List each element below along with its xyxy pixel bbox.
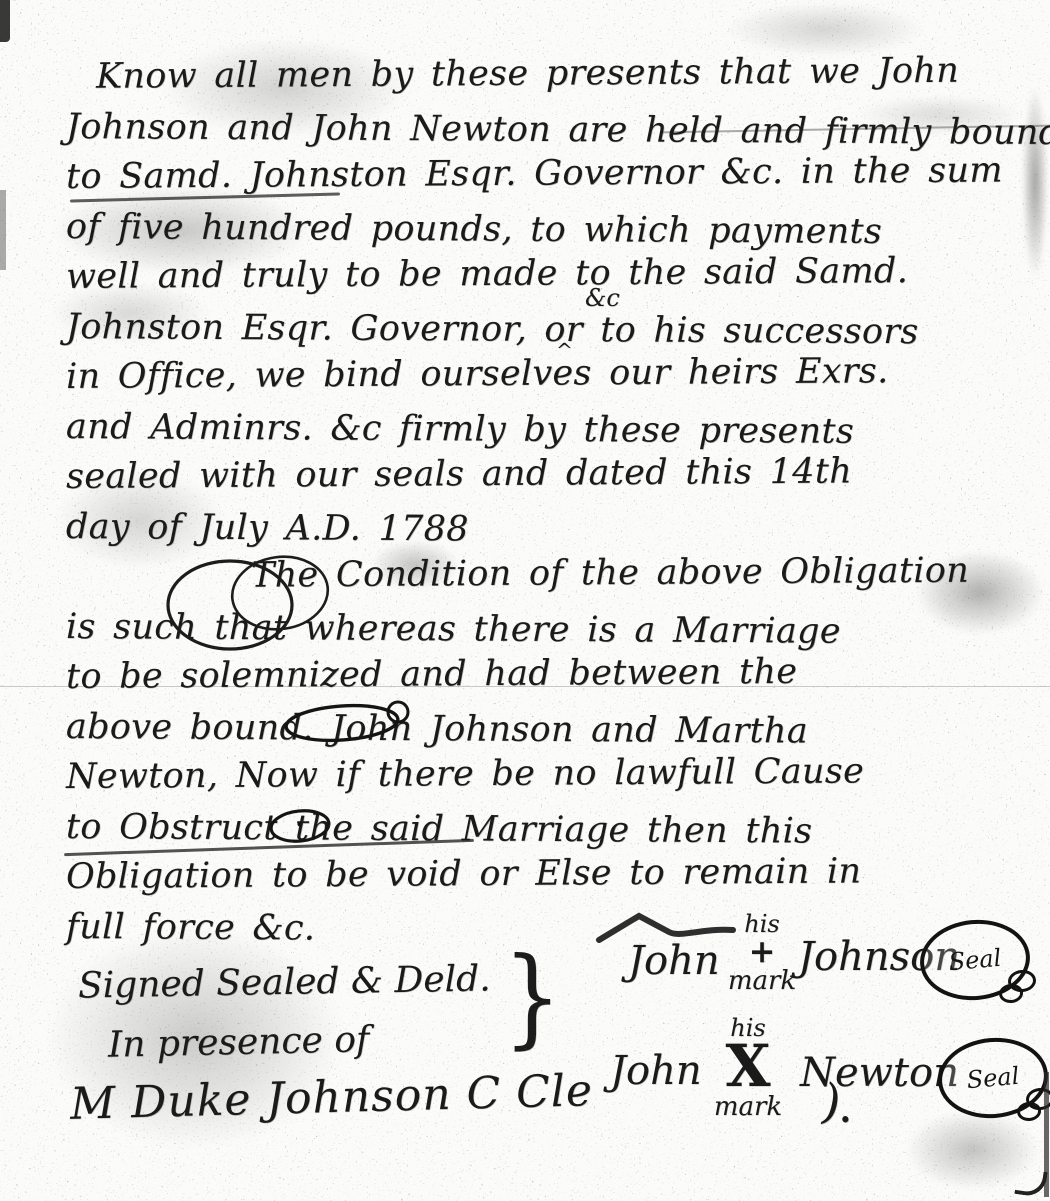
x-mark: X: [708, 1040, 788, 1092]
signature-1-first-name: John: [628, 938, 720, 984]
bond-line: well and truly to be made to the said Sa…: [66, 245, 1016, 302]
attestation-signed-sealed: Signed Sealed & Deld.: [78, 958, 491, 1006]
seal-text: Seal: [948, 944, 1003, 976]
seal-newton: Seal: [935, 1033, 1050, 1122]
interlineation-etc: &c: [585, 284, 620, 312]
mark-label: mark: [722, 966, 802, 996]
condition-line: Obligation to be void or Else to remain …: [66, 845, 1016, 902]
signature-2-first-name: John: [610, 1048, 702, 1094]
signature-1-mark: his + mark: [722, 912, 802, 996]
scanned-marriage-bond-page: Know all men by these presents that we J…: [0, 0, 1050, 1201]
edge-mark-left: [0, 190, 6, 270]
bond-line: in Office, we bind ourselves our heirs E…: [66, 345, 1016, 402]
bond-line: sealed with our seals and dated this 14t…: [66, 445, 1016, 502]
caret-mark: ^: [556, 338, 573, 362]
witness-signature: M Duke Johnson C Cle: [69, 1065, 593, 1130]
bond-condition-paragraph: The Condition of the above Obligation is…: [66, 552, 1016, 952]
bond-line: Know all men by these presents that we J…: [66, 45, 1016, 102]
smudge-bottom-right: [905, 1110, 1040, 1190]
attestation-brace: }: [503, 948, 561, 1048]
bond-line: to Samd. Johnston Esqr. Governor &c. in …: [66, 145, 1016, 202]
signature-2-mark: his X mark: [708, 1016, 788, 1122]
condition-line: The Condition of the above Obligation: [66, 545, 1016, 602]
edge-hook-bottom-right: [1014, 1168, 1047, 1198]
bond-opening-paragraph: Know all men by these presents that we J…: [66, 52, 1016, 552]
mark-label: mark: [708, 1092, 788, 1122]
attestation-in-presence: In presence of: [108, 1019, 370, 1065]
edge-mark-top-left: [0, 0, 10, 42]
condition-line: to be solemnized and had between the: [66, 645, 1016, 702]
cross-mark: +: [722, 936, 802, 966]
condition-line: Newton, Now if there be no lawfull Cause: [66, 745, 1016, 802]
seal-text: Seal: [966, 1062, 1021, 1094]
